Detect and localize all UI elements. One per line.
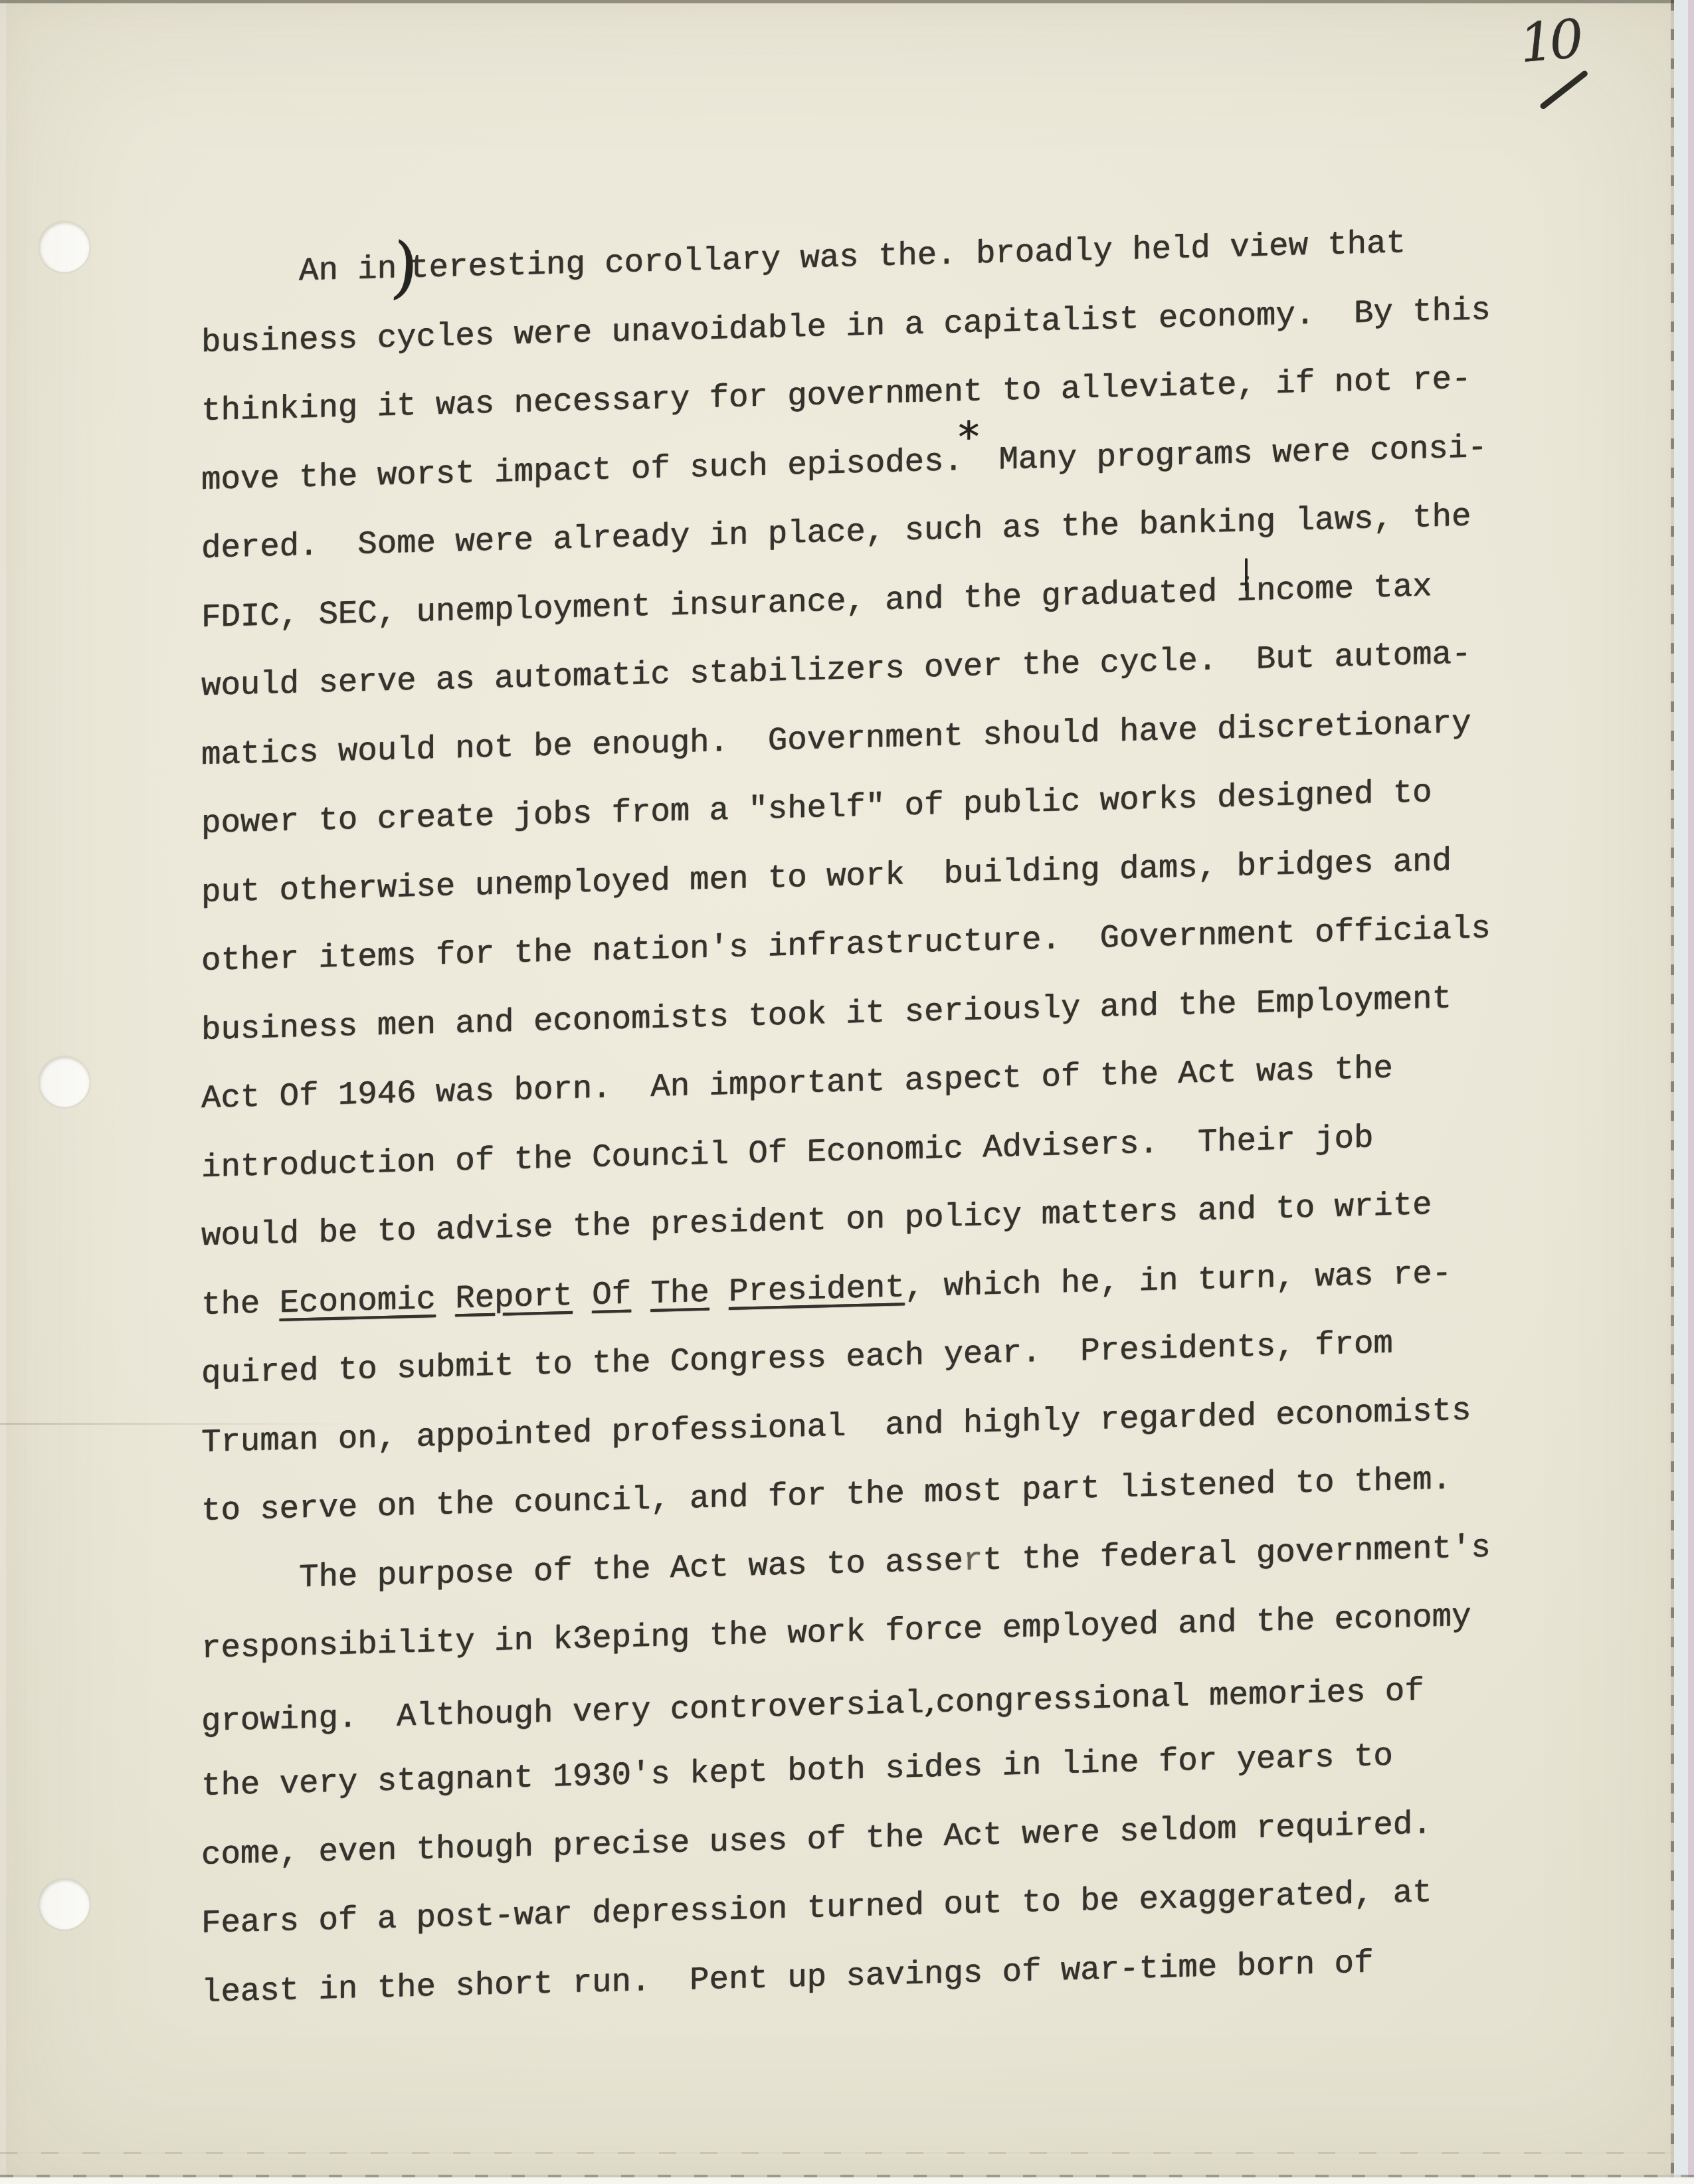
text-segment: t the federal government's <box>983 1528 1491 1578</box>
text-segment: FDIC, SEC, unemployment insurance, and t… <box>201 573 1236 636</box>
text-segment <box>709 1273 729 1311</box>
mark-star: * <box>958 437 979 438</box>
text-segment: growing. Although very controversial <box>201 1684 924 1740</box>
page-number-digits: 10 <box>1517 8 1582 74</box>
mark-u: Report <box>455 1277 572 1317</box>
hole-punch <box>39 1057 90 1107</box>
text-segment: responsibility in k <box>201 1621 573 1667</box>
mark-istroke: i <box>1236 572 1256 610</box>
text-segment: teresting corollary was the. broadly hel… <box>409 225 1406 287</box>
handwritten-page-number: 10 <box>1517 9 1620 137</box>
mark-u: The <box>650 1273 709 1312</box>
typed-text: An in)teresting corollary was the. broad… <box>201 204 1623 2027</box>
text-segment: , which he, in turn, was re- <box>905 1255 1452 1306</box>
hole-punch <box>39 222 90 272</box>
text-segment: least in the short run. Pent up savings … <box>201 1944 1373 2011</box>
text-segment: Many programs were consi- <box>979 429 1487 479</box>
scan-bottom-backing-strip <box>0 2177 1694 2184</box>
hole-punch <box>39 1879 90 1930</box>
scan-top-edge <box>0 0 1694 3</box>
text-segment: the very stagnant 1930's kept both sides… <box>201 1738 1393 1805</box>
mark-typo: 3 <box>573 1620 592 1658</box>
text-segment <box>436 1280 455 1318</box>
mark-hwcomma: , <box>924 1678 935 1720</box>
text-segment: introduction of the Council Of Economic … <box>201 1119 1373 1186</box>
paper-bottom-crease <box>0 2152 1694 2154</box>
scan-right-backing-strip-2 <box>1688 0 1694 2184</box>
text-segment: An in <box>201 250 397 292</box>
document-page: { "page": { "handwritten_number": "10", … <box>0 0 1694 2184</box>
text-segment: Act Of 1946 was born. An important aspec… <box>201 1050 1393 1117</box>
page-number-underline <box>1539 70 1589 110</box>
text-segment: The purpose of the Act was to asse <box>201 1542 963 1598</box>
scan-right-backing-strip <box>1674 0 1688 2184</box>
mark-u: President <box>729 1269 905 1311</box>
text-segment <box>631 1275 650 1313</box>
text-segment: the <box>201 1285 280 1324</box>
mark-u: Economic <box>280 1281 436 1322</box>
mark-caret: ) <box>392 267 418 268</box>
text-segment <box>573 1277 592 1315</box>
scan-left-edge <box>0 0 6 2184</box>
text-segment: congressional memories of <box>935 1672 1424 1722</box>
text-segment: quired to submit to the Congress each ye… <box>201 1325 1393 1392</box>
text-segment: eping the work force employed and the ec… <box>592 1598 1471 1657</box>
text-segment: ncome tax <box>1256 568 1432 610</box>
text-segment: move the worst impact of such episodes. <box>201 442 963 498</box>
mark-u: Of <box>592 1275 631 1313</box>
mark-weak: r <box>963 1542 983 1580</box>
